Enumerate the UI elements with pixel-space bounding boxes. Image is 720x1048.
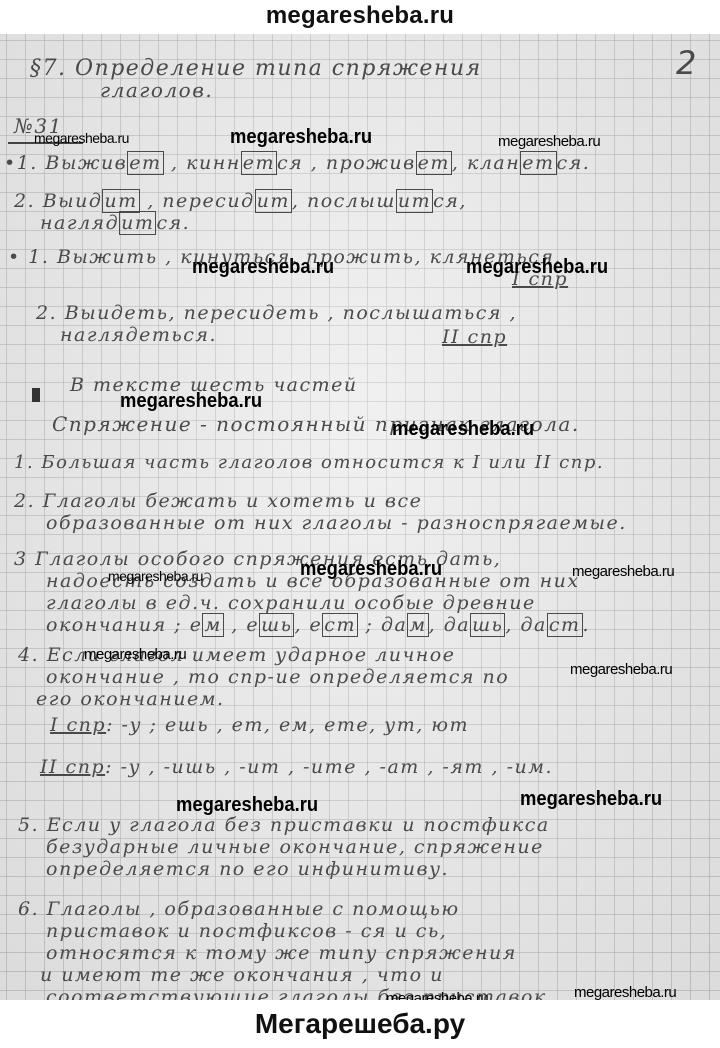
heading-line1: §7. Определение типа спряжения	[30, 56, 482, 81]
part2-line2: 2. Выидеть, пересидеть , послышаться ,	[36, 302, 517, 324]
watermark: megaresheba.ru	[386, 990, 488, 1000]
word: проживет,	[326, 151, 467, 175]
conjugation-label-2: II спр	[442, 326, 507, 348]
item-1: 1. Большая часть глаголов относится к I …	[14, 452, 604, 473]
ending-box: ет	[241, 151, 277, 175]
watermark: megaresheba.ru	[570, 661, 672, 678]
part1-line1: •1. Выживет , киннется , проживет, клане…	[4, 152, 590, 174]
part2-line2-continuation: наглядеться.	[60, 324, 217, 346]
ending-box: ит	[119, 211, 156, 235]
watermark: megaresheba.ru	[108, 568, 203, 584]
item-6-line1: 6. Глаголы , образованные с помощью	[18, 898, 460, 920]
part1-line2-continuation: наглядится.	[40, 212, 190, 234]
notebook-page: 2 §7. Определение типа спряжения глаголо…	[0, 34, 720, 1000]
watermark: megaresheba.ru	[230, 126, 372, 149]
ending-box: ст	[547, 613, 583, 637]
site-banner-bottom: Мегарешеба.ру	[0, 1000, 720, 1048]
ending-box: шь	[470, 613, 505, 637]
item-6-line3: относятся к тому же типу спряжения	[46, 942, 517, 964]
item-3-line3: глаголы в ед.ч. сохранили особые древние	[46, 592, 536, 614]
item-5-line1: 5. Если у глагола без приставки и постфи…	[18, 814, 550, 836]
watermark: megaresheba.ru	[300, 558, 442, 581]
word: киннется ,	[186, 151, 326, 175]
ending-box: ит	[396, 189, 433, 213]
ending-box: ит	[102, 189, 139, 213]
word: Выидит ,	[43, 189, 163, 213]
ending-box: шь	[259, 613, 294, 637]
ending-box: ет	[520, 151, 556, 175]
item-6-line4: и имеют те же окончания , что и	[40, 964, 444, 986]
heading-line2: глаголов.	[100, 78, 213, 102]
watermark: megaresheba.ru	[120, 390, 262, 413]
ending-box: м	[407, 613, 428, 637]
word: послышится,	[307, 189, 467, 213]
page-number: 2	[676, 44, 696, 82]
watermark: megaresheba.ru	[192, 256, 334, 279]
bullet-marker	[32, 388, 40, 402]
item-5-line2: безударные личные окончание, спряжение	[46, 836, 544, 858]
item-number: 2.	[14, 190, 35, 212]
watermark: megaresheba.ru	[466, 256, 608, 279]
watermark: megaresheba.ru	[574, 984, 676, 1000]
item-3-endings: окончания ; ем , ешь, ест ; дам, дашь, д…	[46, 614, 590, 636]
item-2-line1: 2. Глаголы бежать и хотеть и все	[14, 490, 422, 512]
item-number: 1.	[17, 152, 38, 174]
ending-box: м	[202, 613, 223, 637]
ending-box: ст	[322, 613, 358, 637]
watermark: megaresheba.ru	[520, 788, 662, 811]
item-4-line2: окончание , то спр-ие определяется по	[46, 666, 509, 688]
word: пересидит,	[162, 189, 307, 213]
word: кланется.	[467, 151, 590, 175]
item-4-line3: его окончанием.	[36, 688, 225, 710]
watermark: megaresheba.ru	[498, 133, 600, 150]
watermark: megaresheba.ru	[34, 130, 129, 146]
watermark: megaresheba.ru	[84, 646, 186, 663]
watermark: megaresheba.ru	[176, 794, 318, 817]
conj2-endings: II спр: -у , -ишь , -ит , -ите , -ат , -…	[40, 756, 553, 778]
part1-line2: 2. Выидит , пересидит, послышится,	[14, 190, 467, 212]
item-2-line2: образованные от них глаголы - разноспряг…	[46, 512, 627, 534]
watermark: megaresheba.ru	[392, 418, 534, 441]
item-5-line3: определяется по его инфинитиву.	[46, 858, 449, 880]
site-banner-top: megaresheba.ru	[0, 0, 720, 34]
ending-box: ит	[255, 189, 292, 213]
item-6-line2: приставок и постфиксов - ся и сь,	[46, 920, 447, 942]
ending-box: ет	[127, 151, 163, 175]
conj1-endings: I спр: -у ; ешь , ет, ем, ете, ут, ют	[50, 714, 469, 736]
ending-box: ет	[416, 151, 452, 175]
word: Выживет ,	[45, 151, 186, 175]
watermark: megaresheba.ru	[572, 563, 674, 580]
